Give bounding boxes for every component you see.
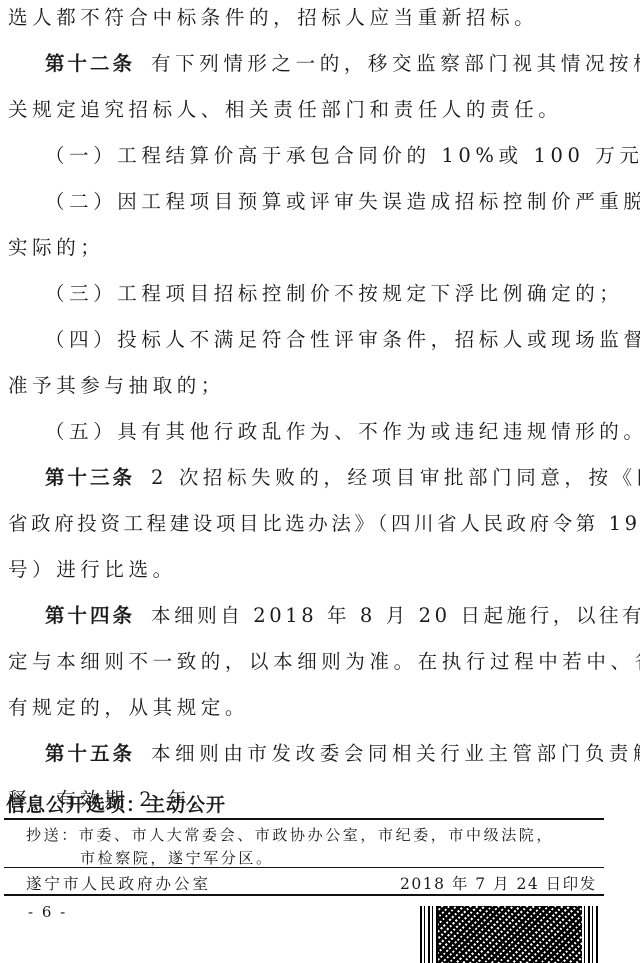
line-text: 本细则自 2018 年 8 月 20 日起施行，以往有关规	[151, 604, 640, 627]
line-text: 关规定追究招标人、相关责任部门和责任人的责任。	[8, 98, 562, 121]
line-text: （五）具有其他行政乱作为、不作为或违纪违规情形的。	[45, 420, 640, 443]
body-line: 省政府投资工程建设项目比选办法》（四川省人民政府令第 197—1	[8, 512, 640, 536]
body-line: 关规定追究招标人、相关责任部门和责任人的责任。	[8, 98, 562, 122]
line-text: 实际的；	[8, 236, 104, 259]
clause-5: （五）具有其他行政乱作为、不作为或违纪违规情形的。	[45, 420, 640, 444]
line-text: 准予其参与抽取的；	[8, 374, 225, 397]
article-label: 第十五条	[45, 742, 135, 765]
article-label: 第十四条	[45, 604, 135, 627]
line-text: 选人都不符合中标条件的，招标人应当重新招标。	[8, 6, 538, 29]
body-line: 实际的；	[8, 236, 104, 260]
cc-line-2: 市检察院，遂宁军分区。	[80, 847, 274, 868]
line-text: 号）进行比选。	[8, 558, 177, 581]
issuer: 遂宁市人民政府办公室	[26, 872, 211, 894]
page-number: - 6 -	[28, 903, 67, 921]
issue-date: 2018 年 7 月 24 日印发	[400, 872, 597, 894]
divider-middle	[4, 867, 604, 868]
line-text: （四）投标人不满足符合性评审条件，招标人或现场监督仍	[45, 328, 640, 351]
line-text: 本细则由市发改委会同相关行业主管部门负责解	[151, 742, 640, 765]
line-text: （三）工程项目招标控制价不按规定下浮比例确定的；	[45, 282, 623, 305]
divider-bottom	[4, 894, 604, 896]
article-label: 第十二条	[45, 52, 135, 75]
disclosure-option: 信息公开选项：主动公开	[6, 790, 226, 817]
body-line: 准予其参与抽取的；	[8, 374, 225, 398]
line-text: （二）因工程项目预算或评审失误造成招标控制价严重脱离	[45, 190, 640, 213]
line-text: （一）工程结算价高于承包合同价的 10%或 100 万元以上的；	[45, 144, 640, 167]
body-line: 有规定的，从其规定。	[8, 696, 249, 720]
body-line: 选人都不符合中标条件的，招标人应当重新招标。	[8, 6, 538, 30]
clause-4: （四）投标人不满足符合性评审条件，招标人或现场监督仍	[45, 328, 640, 352]
line-text: 定与本细则不一致的，以本细则为准。在执行过程中若中、省另	[8, 650, 640, 673]
body-line: 定与本细则不一致的，以本细则为准。在执行过程中若中、省另	[8, 650, 640, 674]
clause-2: （二）因工程项目预算或评审失误造成招标控制价严重脱离	[45, 190, 640, 214]
clause-3: （三）工程项目招标控制价不按规定下浮比例确定的；	[45, 282, 623, 306]
article-14: 第十四条本细则自 2018 年 8 月 20 日起施行，以往有关规	[45, 604, 640, 628]
body-line: 号）进行比选。	[8, 558, 177, 582]
clause-1: （一）工程结算价高于承包合同价的 10%或 100 万元以上的；	[45, 144, 640, 168]
article-12: 第十二条有下列情形之一的，移交监察部门视其情况按相	[45, 52, 640, 76]
article-13: 第十三条2 次招标失败的，经项目审批部门同意，按《四川	[45, 466, 640, 490]
line-text: 有规定的，从其规定。	[8, 696, 249, 719]
line-text: 省政府投资工程建设项目比选办法》（四川省人民政府令第 197—1	[8, 512, 640, 535]
watermark-overlay	[402, 922, 634, 942]
cc-line-1: 抄送：市委、市人大常委会、市政协办公室，市纪委，市中级法院，	[26, 824, 554, 845]
line-text: 有下列情形之一的，移交监察部门视其情况按相	[151, 52, 640, 75]
divider-top	[4, 818, 604, 820]
article-label: 第十三条	[45, 466, 135, 489]
line-text: 2 次招标失败的，经项目审批部门同意，按《四川	[151, 466, 640, 489]
article-15: 第十五条本细则由市发改委会同相关行业主管部门负责解	[45, 742, 640, 766]
